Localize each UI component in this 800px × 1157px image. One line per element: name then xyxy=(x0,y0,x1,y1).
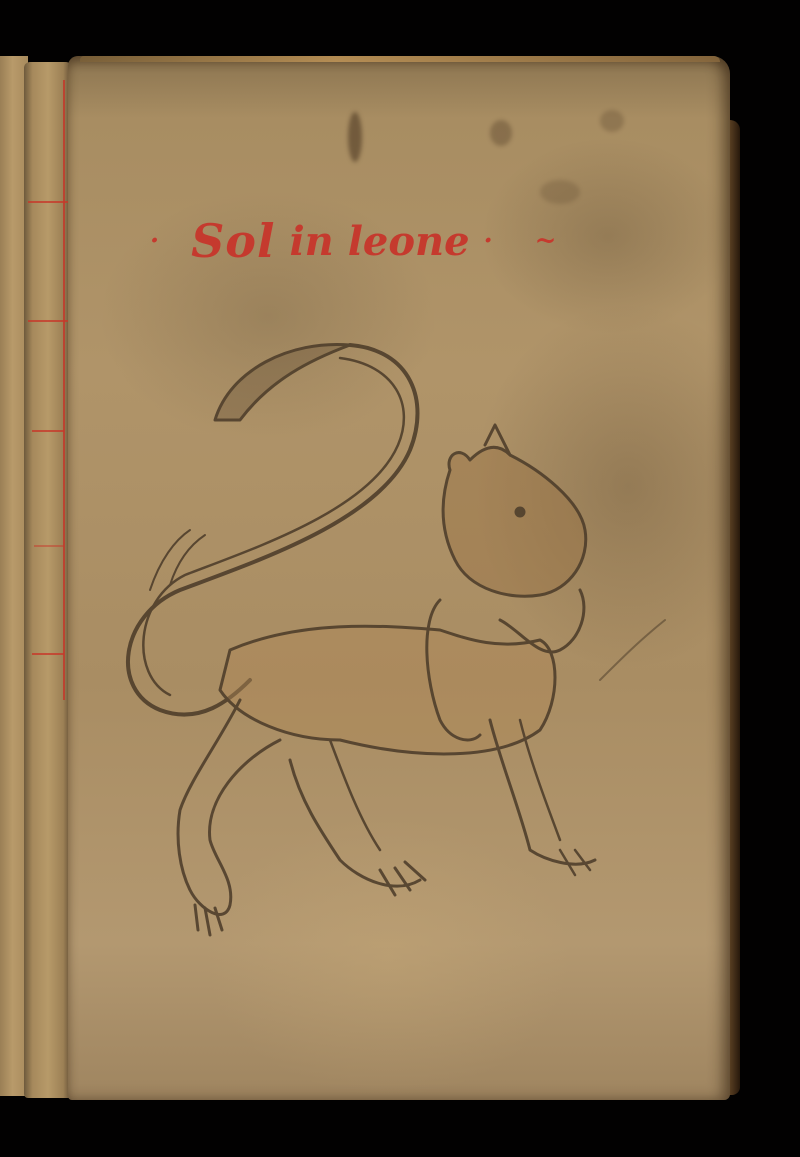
top-page-edge xyxy=(80,56,720,62)
rubric-word-leone: leone xyxy=(348,218,470,265)
rubric-trail-dot: · xyxy=(484,228,493,254)
spine-red-tick xyxy=(28,201,68,203)
ink-stain xyxy=(540,180,580,204)
spine-red-tick xyxy=(32,653,64,655)
rubric-trail-mark: ~ xyxy=(535,226,557,256)
lion-head xyxy=(443,447,586,596)
spine-red-ruling xyxy=(63,80,65,700)
spine-red-tick xyxy=(32,430,64,432)
ink-stain xyxy=(348,112,362,162)
photo-scene: · Sol in leone · ~ xyxy=(0,0,800,1157)
paw xyxy=(380,862,425,895)
spine-red-tick xyxy=(28,320,68,322)
rubric-heading: · Sol in leone · ~ xyxy=(150,206,660,276)
ink-stain xyxy=(600,110,624,132)
rubric-lead-dot: · xyxy=(150,228,159,254)
rubric-word-sol: Sol xyxy=(191,214,275,268)
ink-stain xyxy=(490,120,512,146)
lion-drawing xyxy=(100,330,700,950)
hind-leg xyxy=(178,700,280,914)
tail-tuft xyxy=(215,344,350,420)
lion-body xyxy=(220,626,555,754)
spine-red-tick xyxy=(34,545,64,547)
rubric-word-in: in xyxy=(289,218,333,265)
